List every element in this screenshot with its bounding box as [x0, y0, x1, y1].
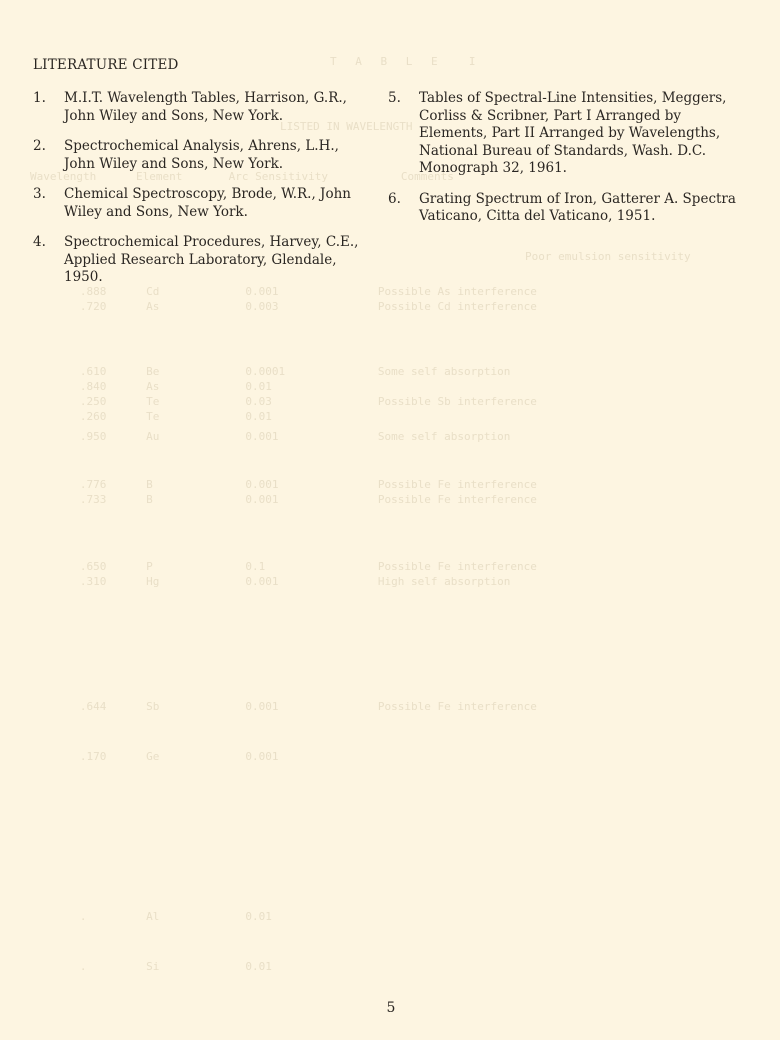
page-number: 5: [0, 1000, 780, 1016]
reference-item: 4. Spectrochemical Procedures, Harvey, C…: [33, 234, 373, 287]
reference-number: 4.: [33, 234, 64, 287]
reference-number: 1.: [33, 90, 64, 125]
reference-text: Chemical Spectroscopy, Brode, W.R., John…: [64, 186, 373, 221]
references-column-right: 5. Tables of Spectral-Line Intensities, …: [388, 90, 748, 239]
reference-item: 5. Tables of Spectral-Line Intensities, …: [388, 90, 748, 178]
reference-number: 5.: [388, 90, 419, 178]
references-column-left: 1. M.I.T. Wavelength Tables, Harrison, G…: [33, 90, 373, 300]
reference-number: 2.: [33, 138, 64, 173]
reference-item: 6. Grating Spectrum of Iron, Gatterer A.…: [388, 191, 748, 226]
reference-item: 3. Chemical Spectroscopy, Brode, W.R., J…: [33, 186, 373, 221]
reference-text: Tables of Spectral-Line Intensities, Meg…: [419, 90, 748, 178]
reference-text: Grating Spectrum of Iron, Gatterer A. Sp…: [419, 191, 748, 226]
reference-text: Spectrochemical Procedures, Harvey, C.E.…: [64, 234, 373, 287]
reference-text: Spectrochemical Analysis, Ahrens, L.H., …: [64, 138, 373, 173]
section-heading: LITERATURE CITED: [33, 57, 179, 73]
reference-number: 3.: [33, 186, 64, 221]
reference-text: M.I.T. Wavelength Tables, Harrison, G.R.…: [64, 90, 373, 125]
reference-number: 6.: [388, 191, 419, 226]
reference-item: 1. M.I.T. Wavelength Tables, Harrison, G…: [33, 90, 373, 125]
reference-item: 2. Spectrochemical Analysis, Ahrens, L.H…: [33, 138, 373, 173]
